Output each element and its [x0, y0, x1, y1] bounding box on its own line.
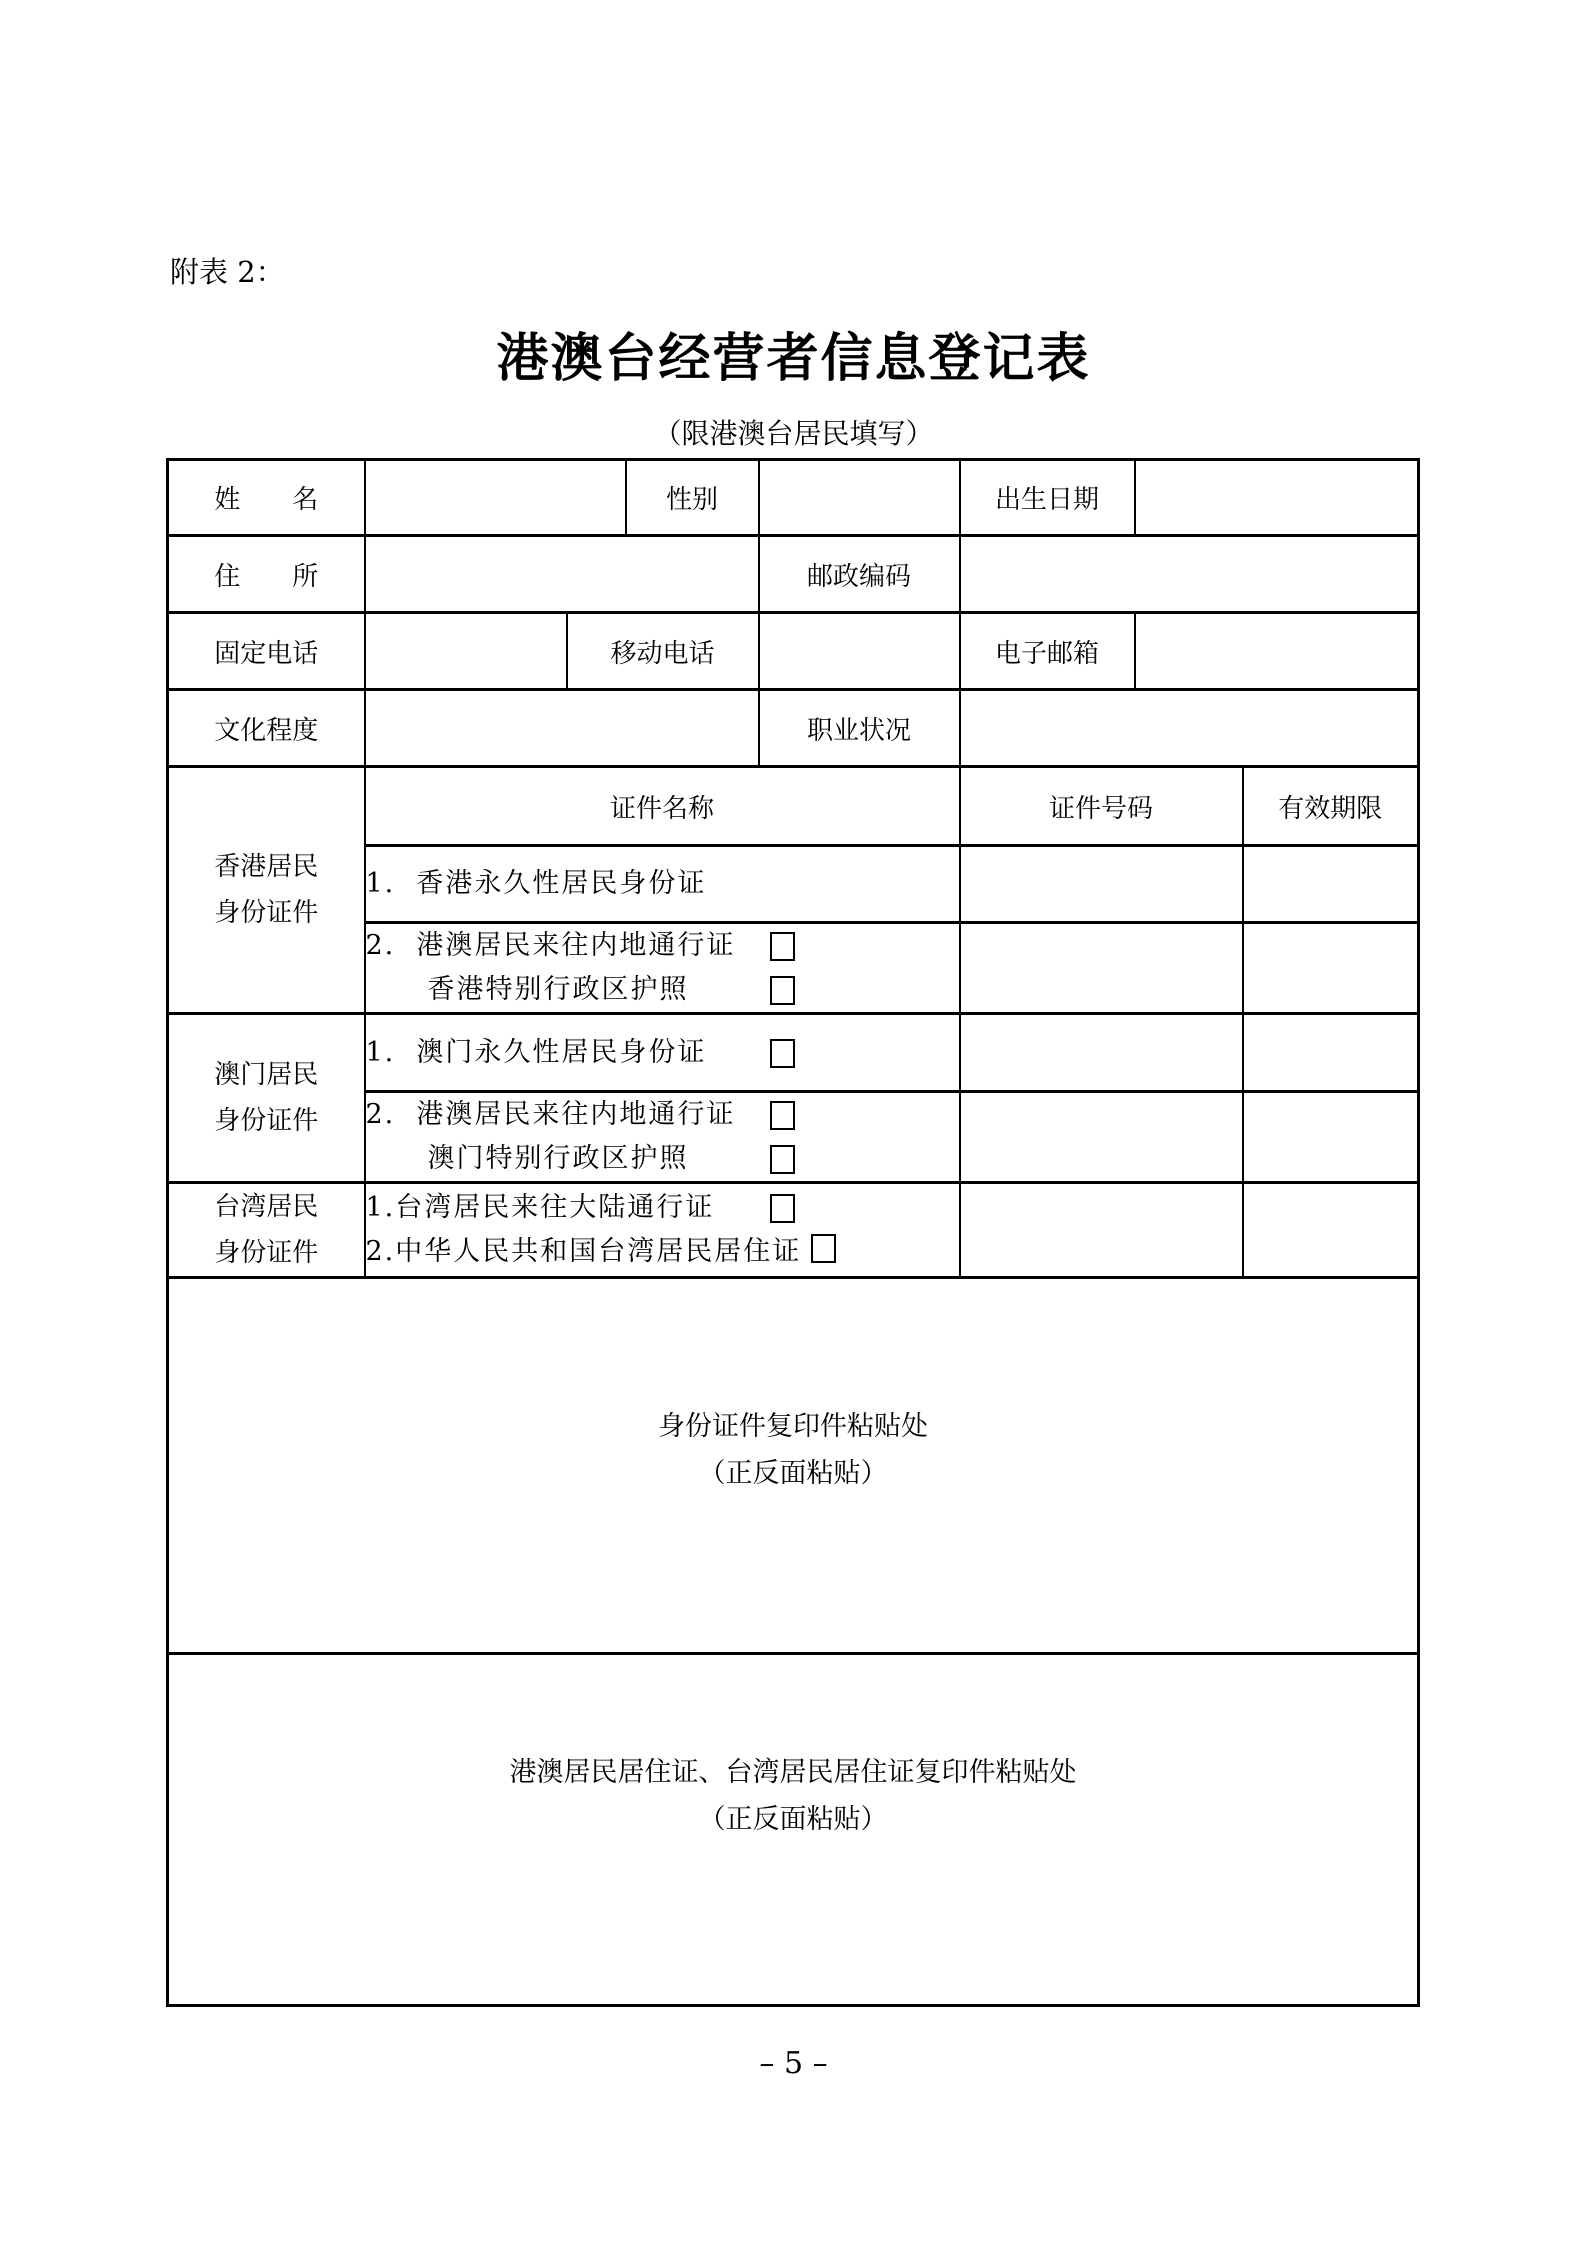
checkbox-icon[interactable] [811, 1234, 836, 1263]
tw-section-label: 台湾居民 身份证件 [168, 1183, 365, 1278]
address-input-cell[interactable] [365, 536, 759, 613]
tw-cert-options: 1.台湾居民来往大陆通行证 2.中华人民共和国台湾居民居住证 [365, 1183, 960, 1278]
checkbox-icon[interactable] [770, 1194, 795, 1223]
cert-option-label: 2.中华人民共和国台湾居民居住证 [366, 1236, 802, 1267]
checkbox-icon[interactable] [770, 976, 795, 1005]
mo-cert-row-1: 澳门居民 身份证件 1. 澳门永久性居民身份证 [168, 1014, 1419, 1092]
paste-area-residence-copies-cell[interactable]: 港澳居民居住证、台湾居民居住证复印件粘贴处 （正反面粘贴） [168, 1654, 1419, 2006]
row-education: 文化程度 职业状况 [168, 690, 1419, 767]
education-input-cell[interactable] [365, 690, 759, 767]
mo-section-label-line2: 身份证件 [169, 1098, 364, 1144]
checkbox-icon[interactable] [770, 932, 795, 961]
mo-cert-option-1: 1. 澳门永久性居民身份证 [365, 1014, 960, 1092]
paste-area-text: 身份证件复印件粘贴处 [169, 1403, 1417, 1450]
checkbox-icon[interactable] [770, 1101, 795, 1130]
cert-option-label: 1. 澳门永久性居民身份证 [366, 1037, 707, 1068]
cert-validity-input-cell[interactable] [1243, 846, 1419, 923]
cert-validity-input-cell[interactable] [1243, 1092, 1419, 1183]
page-number: – 5 – [0, 2046, 1587, 2081]
checkbox-icon[interactable] [770, 1039, 795, 1068]
hk-section-label-line2: 身份证件 [169, 890, 364, 936]
cert-validity-input-cell[interactable] [1243, 923, 1419, 1014]
annex-label: 附表 2： [170, 250, 285, 291]
address-label: 住 所 [168, 536, 365, 613]
hk-cert-option-2: 2. 港澳居民来往内地通行证 香港特别行政区护照 [365, 923, 960, 1014]
paste-area-subtext: （正反面粘贴） [169, 1796, 1417, 1843]
paste-area-id-copies-cell[interactable]: 身份证件复印件粘贴处 （正反面粘贴） [168, 1278, 1419, 1654]
tw-section-label-line1: 台湾居民 [169, 1184, 364, 1230]
registration-form-table: 姓 名 性别 出生日期 住 所 邮政编码 固定电话 移动电话 电子邮箱 文化程度… [166, 458, 1420, 2007]
page-subtitle: （限港澳台居民填写） [0, 412, 1587, 452]
row-cert-header: 香港居民 身份证件 证件名称 证件号码 有效期限 [168, 767, 1419, 846]
mobile-label: 移动电话 [567, 613, 759, 690]
cert-validity-input-cell[interactable] [1243, 1014, 1419, 1092]
cert-number-input-cell[interactable] [960, 1092, 1243, 1183]
hk-cert-option-1: 1. 香港永久性居民身份证 [365, 846, 960, 923]
paste-area-text: 港澳居民居住证、台湾居民居住证复印件粘贴处 [169, 1749, 1417, 1796]
cert-option-label: 2. 港澳居民来往内地通行证 [366, 1099, 736, 1130]
occupation-label: 职业状况 [759, 690, 960, 767]
cert-option-label: 2. 港澳居民来往内地通行证 [366, 930, 736, 961]
tw-cert-row: 台湾居民 身份证件 1.台湾居民来往大陆通行证 2.中华人民共和国台湾居民居住证 [168, 1183, 1419, 1278]
mo-cert-option-2: 2. 港澳居民来往内地通行证 澳门特别行政区护照 [365, 1092, 960, 1183]
hk-section-label-line1: 香港居民 [169, 844, 364, 890]
cert-number-input-cell[interactable] [960, 846, 1243, 923]
paste-area-residence-copies: 港澳居民居住证、台湾居民居住证复印件粘贴处 （正反面粘贴） [168, 1654, 1419, 2006]
cert-option-label: 澳门特别行政区护照 [428, 1143, 689, 1174]
cert-validity-header: 有效期限 [1243, 767, 1419, 846]
page-title: 港澳台经营者信息登记表 [0, 316, 1587, 391]
education-label: 文化程度 [168, 690, 365, 767]
row-phones: 固定电话 移动电话 电子邮箱 [168, 613, 1419, 690]
email-input-cell[interactable] [1135, 613, 1419, 690]
mo-section-label: 澳门居民 身份证件 [168, 1014, 365, 1183]
birth-date-input-cell[interactable] [1135, 460, 1419, 536]
cert-number-header: 证件号码 [960, 767, 1243, 846]
name-input-cell[interactable] [365, 460, 626, 536]
cert-option-label: 1.台湾居民来往大陆通行证 [366, 1192, 715, 1223]
cert-option-label: 香港特别行政区护照 [428, 974, 689, 1005]
cert-number-input-cell[interactable] [960, 923, 1243, 1014]
mo-section-label-line1: 澳门居民 [169, 1052, 364, 1098]
mobile-input-cell[interactable] [759, 613, 960, 690]
occupation-input-cell[interactable] [960, 690, 1419, 767]
cert-name-header: 证件名称 [365, 767, 960, 846]
gender-input-cell[interactable] [759, 460, 960, 536]
row-address: 住 所 邮政编码 [168, 536, 1419, 613]
cert-validity-input-cell[interactable] [1243, 1183, 1419, 1278]
postal-code-input-cell[interactable] [960, 536, 1419, 613]
paste-area-id-copies: 身份证件复印件粘贴处 （正反面粘贴） [168, 1278, 1419, 1654]
postal-code-label: 邮政编码 [759, 536, 960, 613]
gender-label: 性别 [626, 460, 759, 536]
tw-section-label-line2: 身份证件 [169, 1230, 364, 1276]
cert-number-input-cell[interactable] [960, 1014, 1243, 1092]
landline-input-cell[interactable] [365, 613, 567, 690]
checkbox-icon[interactable] [770, 1145, 795, 1174]
paste-area-subtext: （正反面粘贴） [169, 1450, 1417, 1497]
email-label: 电子邮箱 [960, 613, 1135, 690]
hk-section-label: 香港居民 身份证件 [168, 767, 365, 1014]
cert-number-input-cell[interactable] [960, 1183, 1243, 1278]
landline-label: 固定电话 [168, 613, 365, 690]
document-page: { "page": { "annex_label": "附表 2：", "tit… [0, 0, 1587, 2245]
name-label: 姓 名 [168, 460, 365, 536]
cert-option-label: 1. 香港永久性居民身份证 [366, 868, 707, 899]
birth-date-label: 出生日期 [960, 460, 1135, 536]
row-name: 姓 名 性别 出生日期 [168, 460, 1419, 536]
